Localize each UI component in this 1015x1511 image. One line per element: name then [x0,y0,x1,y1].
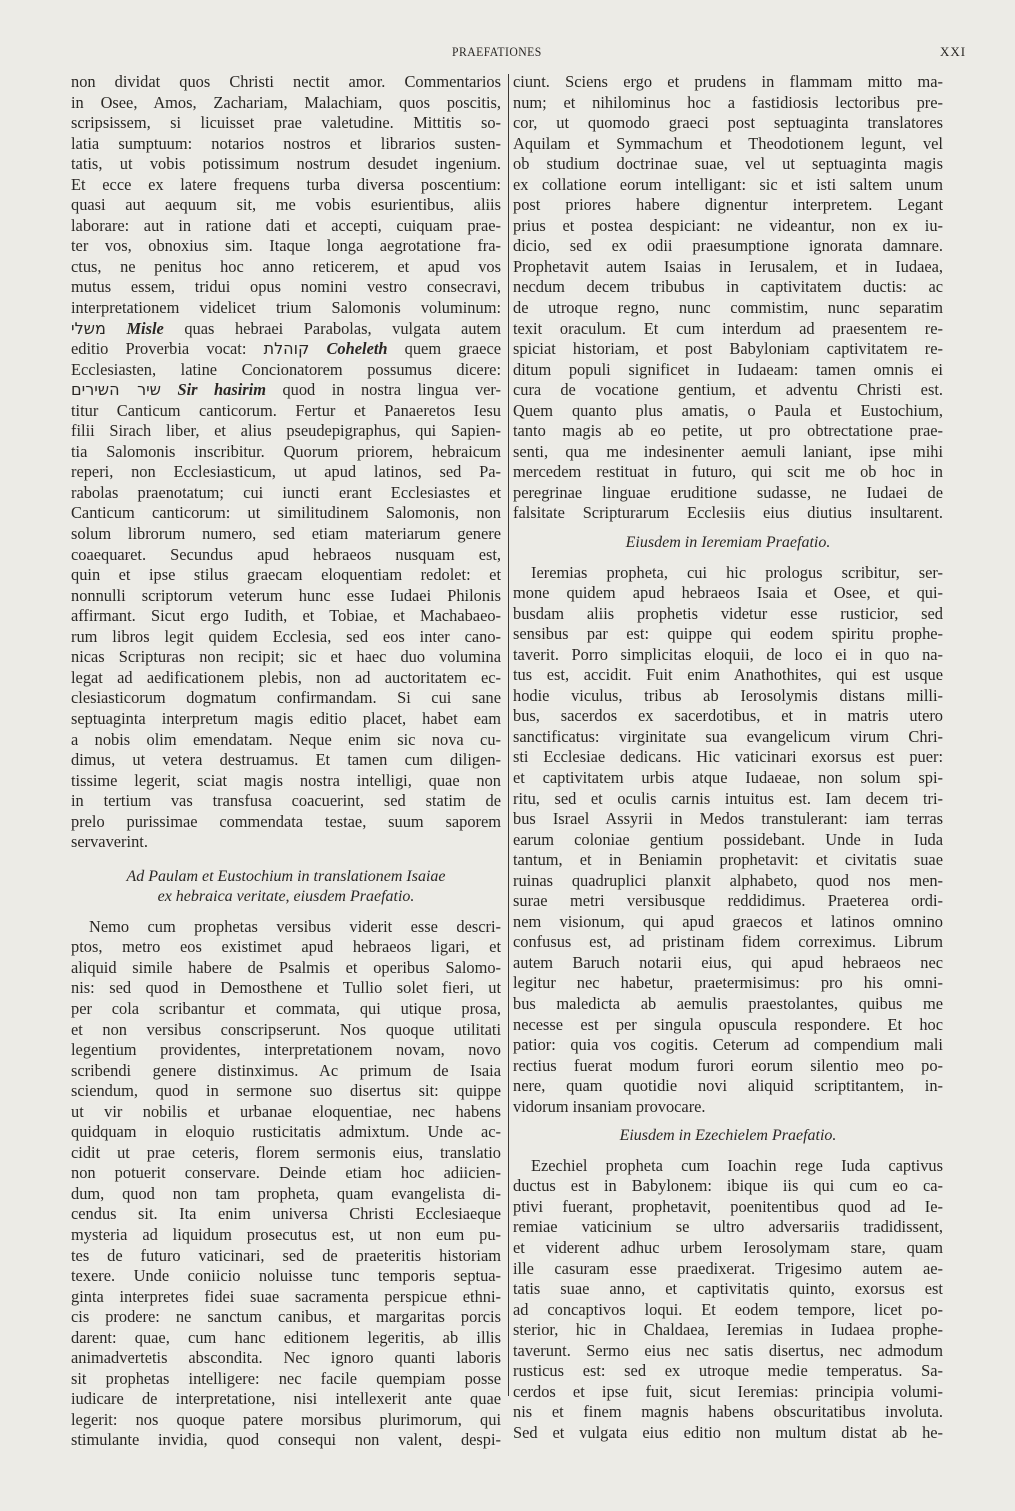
hebrew-line-sir-hasirim: שיר השירים Sir hasirim quod in nostra li… [71,380,501,401]
text-line: necesse est per singula opuscula respond… [513,1015,943,1036]
spacer [513,1117,943,1126]
text-line: ctus, ne penitus hoc anno reticerem, et … [71,257,501,278]
text-line: titur Canticum canticorum. Fertur et Pan… [71,401,501,422]
text-line: bus, sacerdos ex sacerdotibus, et in mat… [513,706,943,727]
section-heading-isaiah-1: Ad Paulam et Eustochium in translationem… [71,867,501,888]
running-head: PRAEFATIONES XXI [0,44,1015,64]
text-line: ex collatione eorum intelligant: sic et … [513,175,943,196]
left-block-3: Nemo cum prophetas versibus viderit esse… [71,917,501,1451]
text-line: hodie viculus, tribus ab Ierosolymis dis… [513,686,943,707]
text-line: num; et nihilominus hoc a fastidiosis le… [513,93,943,114]
text-line: bus maledicta ab aemulis praestolantes, … [513,994,943,1015]
text-line: quasi aut aequum sit, me vobis esurienti… [71,195,501,216]
left-block-2: titur Canticum canticorum. Fertur et Pan… [71,401,501,853]
text-line: ad concaptivos loqui. Et eodem tempore, … [513,1300,943,1321]
text-line: non potuerit conservare. Deinde etiam ho… [71,1163,501,1184]
text-line: ritu, sed et oculis carnis intuitus est.… [513,789,943,810]
text-line: per cola scribantur et commata, qui utiq… [71,999,501,1020]
text-line: Quem quanto plus amatis, o Paula et Eust… [513,401,943,422]
text-line: ut vir nobilis et urbanae eloquentiae, n… [71,1102,501,1123]
text-line: rum libros legit quidem Ecclesia, sed eo… [71,627,501,648]
text-line: Aquilam et Symmachum et Theodotionem leg… [513,134,943,155]
text-line: dimus, ut vetera destruamus. Et tamen cu… [71,750,501,771]
page-number: XXI [940,44,966,60]
text-line: non dividat quos Christi nectit amor. Co… [71,72,501,93]
text-line: taverunt. Sermo eius nec satis disertus,… [513,1341,943,1362]
spacer [71,908,501,917]
text-line: sterior, hic in Chaldaea, Ieremias in Iu… [513,1320,943,1341]
text-line: servaverint. [71,832,501,853]
text-line: cidit ut prae ceteris, florem sermonis e… [71,1143,501,1164]
text-line: vidorum insaniam provocare. [513,1097,943,1118]
text-line: nicas Scripturas non recipit; sic et hae… [71,647,501,668]
text-line: patior: quia vos cogitis. Ceterum ad com… [513,1035,943,1056]
text-span: quem graece [388,339,501,358]
text-line: Ecclesiasten, latine Concionatorem possu… [71,360,501,381]
text-line: tissime legerit, sciat magis nostra inte… [71,771,501,792]
text-line: solum librorum numero, sed etiam materia… [71,524,501,545]
text-line: iudicare de interpretatione, nisi intell… [71,1389,501,1410]
text-line: busdam aliis prophetis videtur esse rust… [513,604,943,625]
text-line: cendus sit. Ita enim universa Christi Ec… [71,1204,501,1225]
text-line: nere, quam quotidie novi aliquid scripti… [513,1076,943,1097]
text-line: tatis suae anno, et captivitatis quinto,… [513,1279,943,1300]
text-line: affirmant. Sicut ergo Iudith, et Tobiae,… [71,606,501,627]
text-line: cerdos et ipse fuit, sicut Ieremias: pri… [513,1382,943,1403]
text-line: nonnulli scriptorum veterum hunc esse Iu… [71,586,501,607]
text-line: Canticum canticorum: ut similitudinem Sa… [71,503,501,524]
text-line: prelo purissimae commendata testae, suum… [71,812,501,833]
text-line: tanto magis ab eo petite, ut pro obtrect… [513,421,943,442]
running-title: PRAEFATIONES [452,44,542,60]
text-line: ob studium doctrinae suae, vel ut septua… [513,154,943,175]
right-column: ciunt. Sciens ergo et prudens in flammam… [513,72,943,1443]
text-line: a nobis olim emendatam. Neque enim sic n… [71,730,501,751]
text-line: prius et postea despiciant: ne videantur… [513,216,943,237]
text-line: sciendum, quod in sermone suo disertus s… [71,1081,501,1102]
text-line: reperi, non Ecclesiasticum, ut apud lati… [71,462,501,483]
column-divider-rule [508,74,509,1396]
text-line: legentium providentes, interpretationem … [71,1040,501,1061]
spacer [513,554,943,563]
text-line: aliquid simile habere de Psalmis et oper… [71,958,501,979]
text-line: nis: sed quod in Demosthene et Tullio so… [71,978,501,999]
text-line: in Osee, Amos, Zachariam, Malachiam, quo… [71,93,501,114]
text-line: rectius fuerat modum furori eorum silent… [513,1056,943,1077]
text-line: texit oraculum. Et cum interdum ad praes… [513,319,943,340]
text-line: peregrinae linguae eruditione sudasse, n… [513,483,943,504]
text-line: de utroque regno, nunc commistim, nunc s… [513,298,943,319]
text-line: bus Israel Assyrii in Medos transtuleran… [513,809,943,830]
text-line: ductus est in Babylonem: ibique iis qui … [513,1176,943,1197]
text-line: dum, quod non tam propheta, quam evangel… [71,1184,501,1205]
text-line: darent: quae, cum hanc editionem legerit… [71,1328,501,1349]
text-line: rabolas praenotatum; cui iuncti erant Ec… [71,483,501,504]
text-line: Ieremias propheta, cui hic prologus scri… [513,563,943,584]
text-span: editio Proverbia vocat: [71,339,264,358]
text-line: ciunt. Sciens ergo et prudens in flammam… [513,72,943,93]
hebrew-line-coheleth: editio Proverbia vocat: קוהלת Coheleth q… [71,339,501,360]
text-line: filii Sirach liber, et alius pseudepigra… [71,421,501,442]
text-line: scripsissem, si licuisset prae valetudin… [71,113,501,134]
hebrew-word-coheleth: קוהלת [264,339,310,358]
text-line: et viderent adhuc urbem Ierosolymam star… [513,1238,943,1259]
text-line: cis prodere: ne sanctum canibus, et marg… [71,1307,501,1328]
text-line: in tertium vas transfusa coacuerint, sed… [71,791,501,812]
text-line: tia Salomonis inscribitur. Quorum priore… [71,442,501,463]
text-line: ginta interpretes fidei suae sacramenta … [71,1287,501,1308]
text-line: legat ad aedificationem plebis, non ad a… [71,668,501,689]
text-line: mercedem restituat in futuro, qui scit m… [513,462,943,483]
translit-coheleth: Coheleth [309,339,387,358]
text-line: interpretationem videlicet trium Salomon… [71,298,501,319]
left-block-1: non dividat quos Christi nectit amor. Co… [71,72,501,319]
text-line: et captivitatem urbis atque Iudaeae, non… [513,768,943,789]
text-line: dicio, sed ex odii praesumptione ignorat… [513,236,943,257]
text-line: mysteria ad liquidum prosecutus est, ut … [71,1225,501,1246]
text-line: scribendi genere distinximus. Ac primum … [71,1061,501,1082]
text-line: mone quidem apud hebraeos Isaia et Osee,… [513,583,943,604]
text-line: ille casuram esse praedixerat. Trigesimo… [513,1259,943,1280]
text-line: latia sumptuum: notarios nostros et libr… [71,134,501,155]
text-line: ptos, metro eos existimet apud hebraeos … [71,937,501,958]
text-line: Ezechiel propheta cum Ioachin rege Iuda … [513,1156,943,1177]
text-line: ditum populi significet in Iudaeam: tame… [513,360,943,381]
text-line: animadvertetis abscondita. Nec ignoro qu… [71,1348,501,1369]
text-line: laborare: aut in ratione dati et accepti… [71,216,501,237]
hebrew-word-misle: משלי [71,319,106,338]
section-heading-ezekiel: Eiusdem in Ezechielem Praefatio. [513,1126,943,1147]
text-span: quod in nostra lingua ver- [266,380,501,399]
text-line: rusticus est: sed ex utroque medie tempe… [513,1361,943,1382]
translit-misle: Misle [126,319,163,338]
spacer [71,853,501,867]
text-span: quas hebraei Parabolas, vulgata autem [164,319,501,338]
right-block-2: Ieremias propheta, cui hic prologus scri… [513,563,943,1118]
text-line: earum coloniae gentium possidebant. Unde… [513,830,943,851]
text-line: falsitate Scripturarum Ecclesiis eius di… [513,503,943,524]
text-line: Prophetavit autem Isaias in Ierusalem, e… [513,257,943,278]
text-line: stimulante invidia, quod consequi non va… [71,1430,501,1451]
text-line: Et ecce ex latere frequens turba diversa… [71,175,501,196]
text-line: texere. Unde coniicio noluisse tunc temp… [71,1266,501,1287]
spacer [513,1147,943,1156]
text-line: nem visionum, qui apud graecos et latino… [513,912,943,933]
text-line: Sed et vulgata eius editio non multum di… [513,1423,943,1444]
text-line: sensibus par est: quippe qui eodem spiri… [513,624,943,645]
text-line: coaequaret. Secundus apud hebraeos nusqu… [71,545,501,566]
text-line: necdum decem tribubus in captivitatem du… [513,277,943,298]
spacer [513,524,943,533]
text-line: senti, qua me indesinenter aemuli lanian… [513,442,943,463]
text-line: tus est, accidit. Fuit enim Anathothites… [513,665,943,686]
text-line: tatis, ut vobis potissimum nostrum desud… [71,154,501,175]
text-line: tantum, et in Beniamin prophetavit: et c… [513,850,943,871]
text-line: tes de futuro vaticinari, sed de praeter… [71,1246,501,1267]
section-heading-isaiah-2: ex hebraica veritate, eiusdem Praefatio. [71,887,501,908]
text-line: clesiasticorum dogmatum confirmandam. Si… [71,688,501,709]
left-column: non dividat quos Christi nectit amor. Co… [71,72,501,1451]
text-line: post priores habere dignentur interprete… [513,195,943,216]
text-line: remiae vaticinium se ultro adversariis t… [513,1217,943,1238]
hebrew-word-sir-hasirim: שיר השירים [71,380,161,399]
translit-sir-hasirim: Sir hasirim [161,380,266,399]
text-line: cor, ut quomodo graeci post septuaginta … [513,113,943,134]
section-heading-jeremiah: Eiusdem in Ieremiam Praefatio. [513,533,943,554]
text-line: et non versibus conscripserunt. Nos quoq… [71,1020,501,1041]
text-line: ter vos, obnoxius sim. Itaque longa aegr… [71,236,501,257]
text-line: quidquam in eloquio rusticitatis admixtu… [71,1122,501,1143]
text-line: sti Ecclesiae dedicans. Hic vaticinari e… [513,747,943,768]
text-line: Nemo cum prophetas versibus viderit esse… [71,917,501,938]
hebrew-line-misle: משלי Misle quas hebraei Parabolas, vulga… [71,319,501,340]
text-line: legitur nec habetur, praetermisimus: pro… [513,973,943,994]
text-line: confusus est, ad pristinam fidem correxi… [513,932,943,953]
text-line: spiciat historiam, et post Babyloniam ca… [513,339,943,360]
text-line: mutus essem, tridui opus nomini vestro c… [71,277,501,298]
text-line: ptivi fuerant, prophetavit, poenitentibu… [513,1197,943,1218]
text-line: legerit: nos quoque patere morsibus plur… [71,1410,501,1431]
text-line: cura de vocatione gentium, et adventu Ch… [513,380,943,401]
text-line: quin et ipse stilus graecam eloquentiam … [71,565,501,586]
book-page: PRAEFATIONES XXI non dividat quos Christ… [0,0,1015,1511]
text-line: septuaginta interpretum magis editio pla… [71,709,501,730]
text-line: taverit. Porro simplicitas eloquii, de l… [513,645,943,666]
text-line: ruinas quadruplici planxit alphabeto, qu… [513,871,943,892]
text-line: surae metri versibusque reddidimus. Prae… [513,891,943,912]
text-line: autem Baruch notarii eius, qui apud hebr… [513,953,943,974]
right-block-1: ciunt. Sciens ergo et prudens in flammam… [513,72,943,524]
text-line: sanctificatus: virginitate sua evangelic… [513,727,943,748]
right-block-3: Ezechiel propheta cum Ioachin rege Iuda … [513,1156,943,1444]
text-line: sit prophetas intelligere: nec facile qu… [71,1369,501,1390]
text-line: nis et finem magnis habens obscuritatibu… [513,1402,943,1423]
